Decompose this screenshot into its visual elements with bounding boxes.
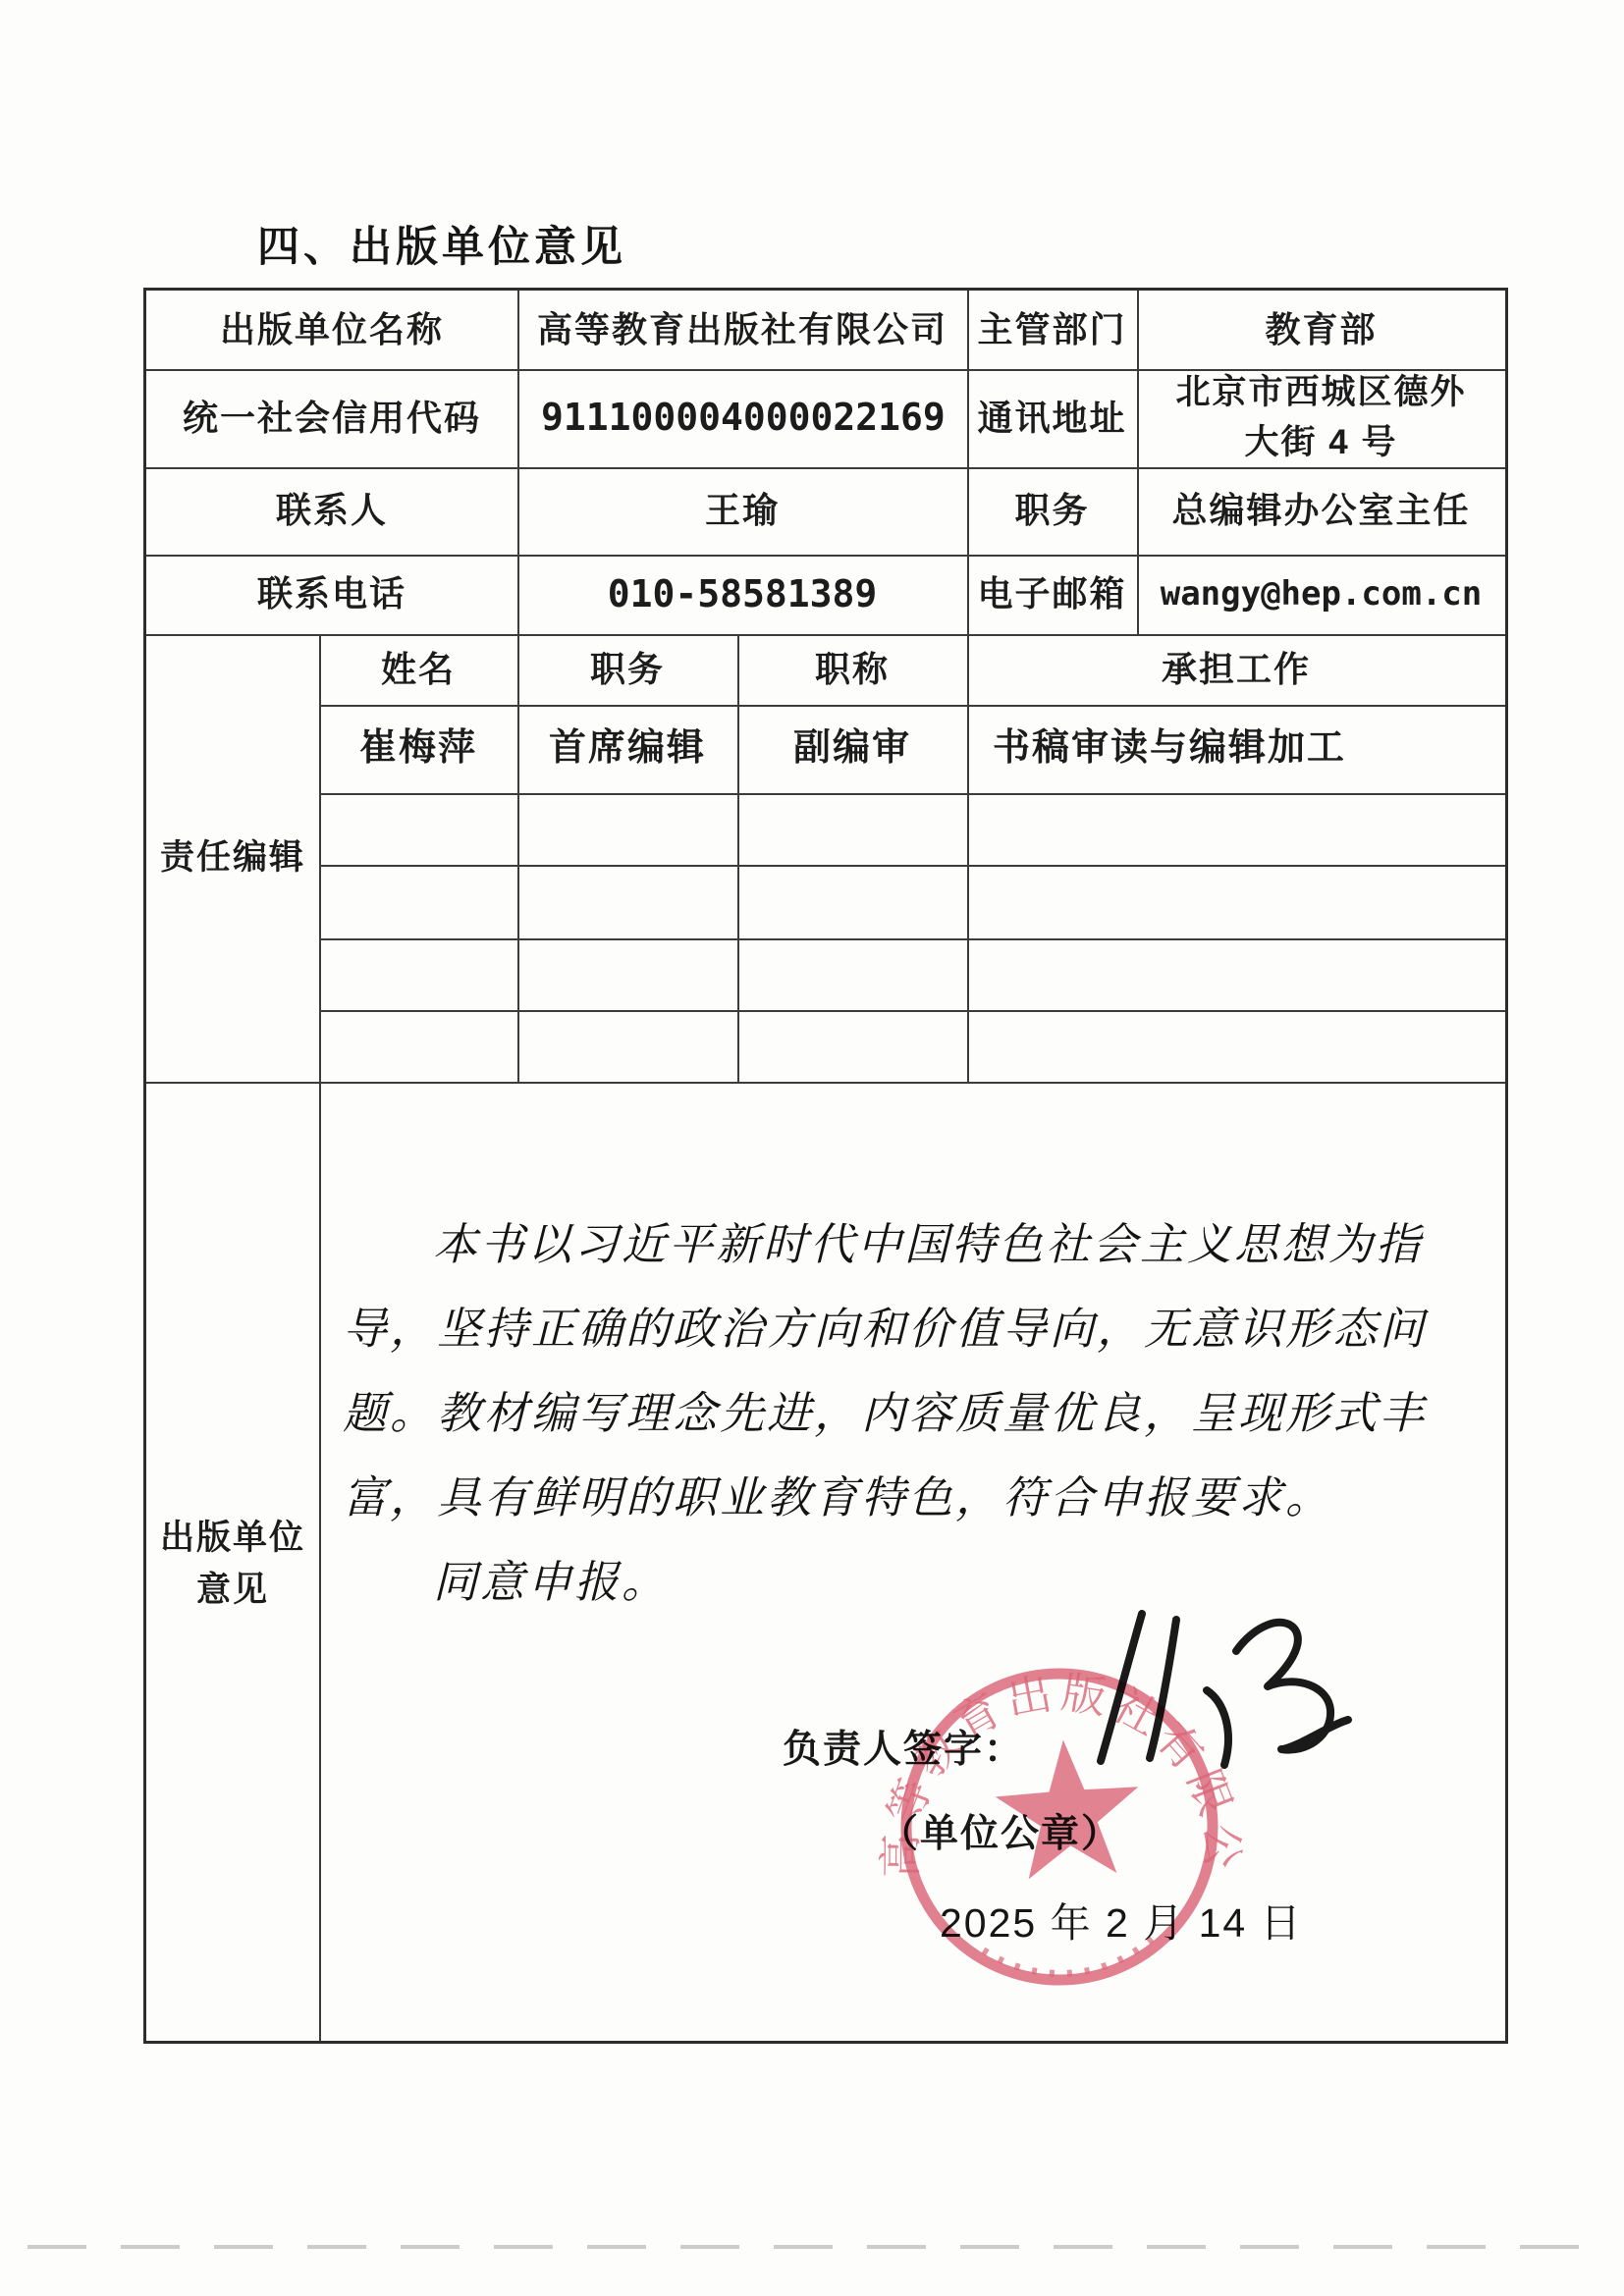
opinion-line: 题。教材编写理念先进，内容质量优良，呈现形式丰 bbox=[343, 1371, 1491, 1456]
editor-header-name: 姓名 bbox=[319, 634, 517, 705]
editor-header-title: 职称 bbox=[737, 634, 967, 705]
editors-section-label: 责任编辑 bbox=[146, 634, 319, 1082]
supervising-department-label: 主管部门 bbox=[967, 291, 1137, 369]
phone-value: 010-58581389 bbox=[517, 555, 967, 634]
editor-row-title: 副编审 bbox=[737, 705, 967, 793]
contact-position-label: 职务 bbox=[967, 467, 1137, 555]
publisher-name-label: 出版单位名称 bbox=[146, 291, 517, 369]
contact-position-value: 总编辑办公室主任 bbox=[1137, 467, 1505, 555]
editor-empty-row bbox=[319, 865, 1505, 938]
phone-label: 联系电话 bbox=[146, 555, 517, 634]
editor-empty-row bbox=[319, 938, 1505, 1010]
address-line-1: 北京市西城区德外 bbox=[1175, 368, 1466, 418]
opinion-paragraph: 本书以习近平新时代中国特色社会主义思想为指 导，坚持正确的政治方向和价值导向，无… bbox=[343, 1202, 1491, 1625]
email-label: 电子邮箱 bbox=[967, 555, 1137, 634]
address-line-2: 大街 4 号 bbox=[1245, 418, 1398, 468]
editor-row-name: 崔梅萍 bbox=[319, 705, 517, 793]
mailing-address-lines: 北京市西城区德外 大街 4 号 bbox=[1175, 368, 1466, 468]
scan-artifact-line bbox=[27, 2245, 1598, 2249]
editor-row-work: 书稿审读与编辑加工 bbox=[967, 705, 1505, 793]
editor-header-work: 承担工作 bbox=[967, 634, 1505, 705]
opinion-line: 本书以习近平新时代中国特色社会主义思想为指 bbox=[343, 1202, 1491, 1287]
opinion-section-label: 出版单位 意见 bbox=[146, 1082, 319, 2047]
opinion-label-line-1: 出版单位 bbox=[160, 1513, 305, 1565]
publisher-name-value: 高等教育出版社有限公司 bbox=[517, 291, 967, 369]
signature-handwriting bbox=[1081, 1596, 1366, 1807]
contact-person-value: 王瑜 bbox=[517, 467, 967, 555]
scanned-form-page: 四、出版单位意见 出版单位名称 高等教育出版社有限公司 主管部门 教育部 统一社… bbox=[0, 0, 1624, 2296]
editor-row-position: 首席编辑 bbox=[517, 705, 737, 793]
opinion-line: 导，坚持正确的政治方向和价值导向，无意识形态问 bbox=[343, 1287, 1491, 1371]
credit-code-value: 911100004000022169 bbox=[517, 369, 967, 467]
editor-empty-row bbox=[319, 793, 1505, 865]
page-title: 四、出版单位意见 bbox=[257, 214, 626, 274]
editor-empty-row bbox=[319, 1010, 1505, 1082]
supervising-department-value: 教育部 bbox=[1137, 291, 1505, 369]
opinion-line: 富，具有鲜明的职业教育特色，符合申报要求。 bbox=[343, 1456, 1491, 1540]
credit-code-label: 统一社会信用代码 bbox=[146, 369, 517, 467]
mailing-address-label: 通讯地址 bbox=[967, 369, 1137, 467]
editor-header-position: 职务 bbox=[517, 634, 737, 705]
grid-line bbox=[146, 1082, 1505, 1084]
opinion-form-table: 出版单位名称 高等教育出版社有限公司 主管部门 教育部 统一社会信用代码 911… bbox=[143, 288, 1508, 2044]
mailing-address-value: 北京市西城区德外 大街 4 号 bbox=[1137, 369, 1505, 467]
contact-person-label: 联系人 bbox=[146, 467, 517, 555]
email-value: wangy@hep.com.cn bbox=[1137, 555, 1505, 634]
opinion-label-line-2: 意见 bbox=[196, 1565, 269, 1617]
